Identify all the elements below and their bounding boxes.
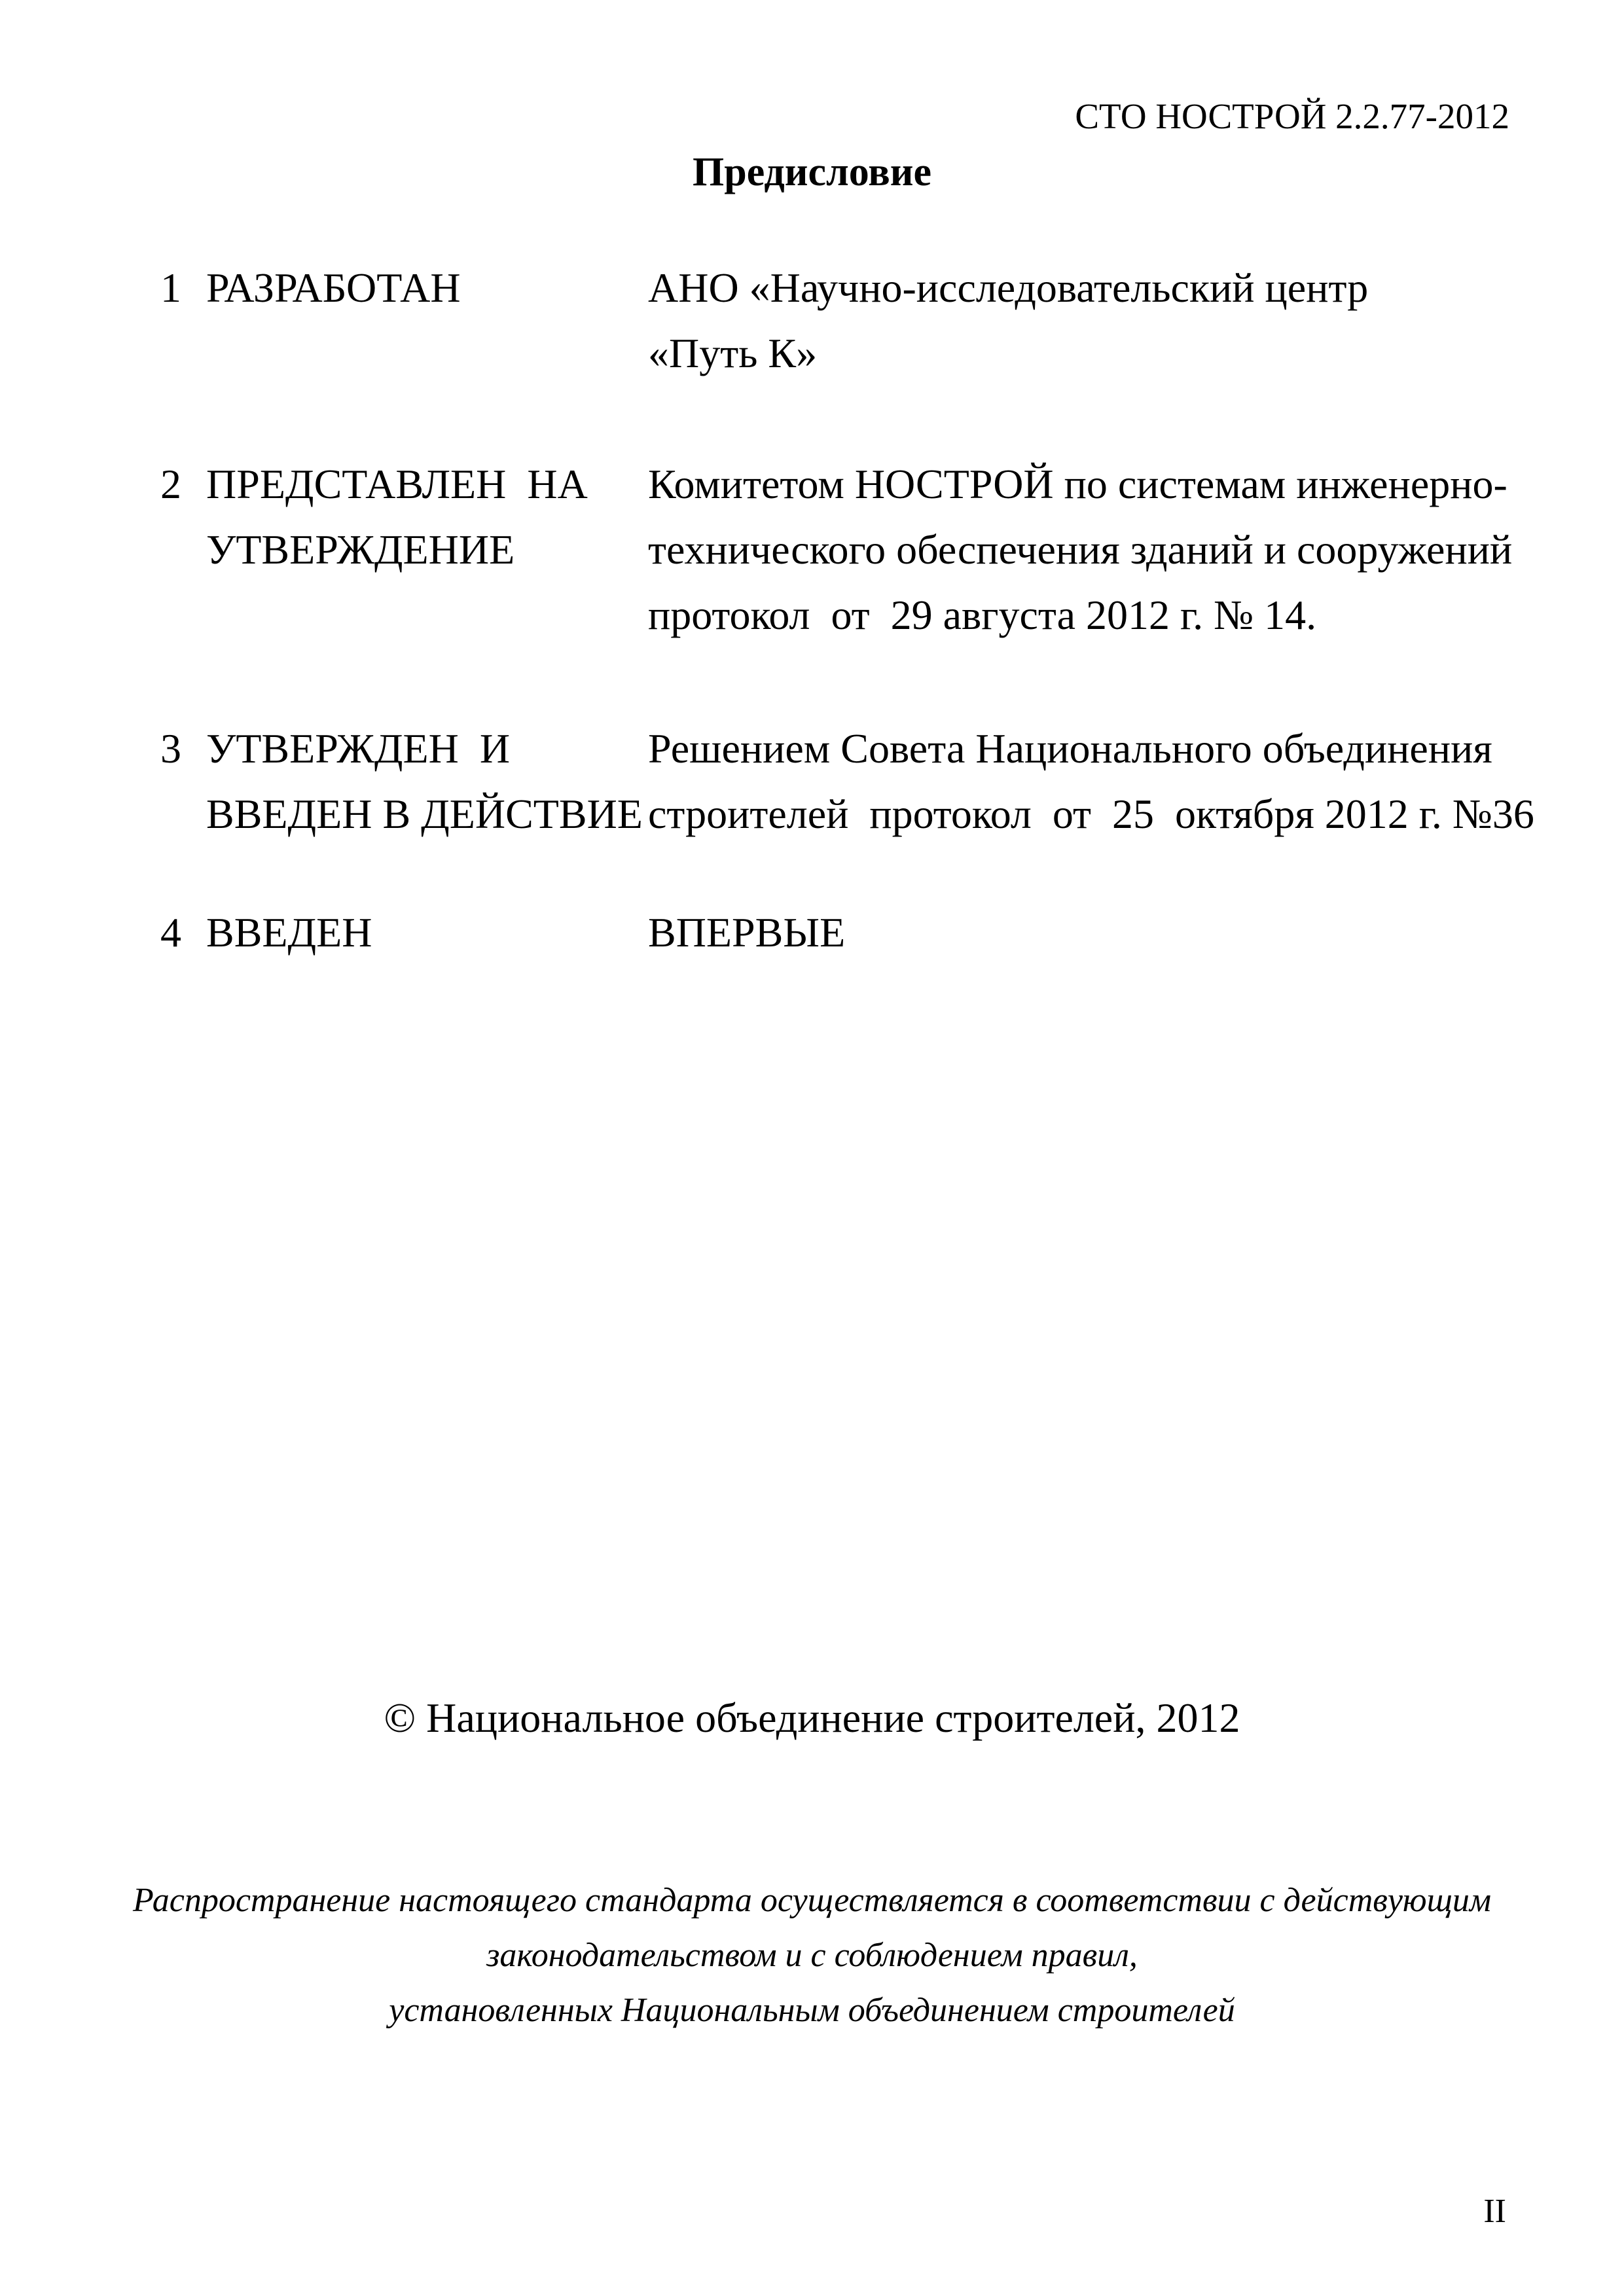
item-value: ВПЕРВЫЕ [648, 900, 845, 965]
item-value-line: АНО «Научно-исследовательский центр [648, 255, 1368, 321]
item-value-line: Комитетом НОСТРОЙ по системам инженерно- [648, 452, 1512, 517]
document-code: СТО НОСТРОЙ 2.2.77-2012 [1075, 97, 1509, 137]
document-page: СТО НОСТРОЙ 2.2.77-2012 Предисловие 1 РА… [0, 0, 1624, 2296]
item-value-line: «Путь К» [648, 321, 1368, 386]
item-value-line: Решением Совета Национального объединени… [648, 716, 1534, 781]
distribution-note-line: установленных Национальным объединением … [0, 1983, 1624, 2038]
item-value-line: технического обеспечения зданий и сооруж… [648, 517, 1512, 583]
item-label-line: РАЗРАБОТАН [206, 255, 461, 321]
item-label-line: УТВЕРЖДЕН И [206, 716, 643, 781]
page-number: II [1483, 2193, 1506, 2230]
item-value: Комитетом НОСТРОЙ по системам инженерно-… [648, 452, 1512, 648]
item-number: 3 [160, 716, 181, 781]
item-label-line: ПРЕДСТАВЛЕН НА [206, 452, 588, 517]
item-number: 2 [160, 452, 181, 517]
item-label: УТВЕРЖДЕН И ВВЕДЕН В ДЕЙСТВИЕ [206, 716, 643, 847]
item-value-line: ВПЕРВЫЕ [648, 900, 845, 965]
item-label-line: УТВЕРЖДЕНИЕ [206, 517, 588, 583]
item-value: Решением Совета Национального объединени… [648, 716, 1534, 847]
item-label: ВВЕДЕН [206, 900, 372, 965]
item-label-line: ВВЕДЕН [206, 900, 372, 965]
item-label: РАЗРАБОТАН [206, 255, 461, 321]
item-value-line: строителей протокол от 25 октября 2012 г… [648, 781, 1534, 847]
copyright-line: © Национальное объединение строителей, 2… [0, 1685, 1624, 1751]
item-number: 4 [160, 900, 181, 965]
page-title: Предисловие [0, 149, 1624, 196]
distribution-note-line: Распространение настоящего стандарта осу… [0, 1873, 1624, 1928]
item-value: АНО «Научно-исследовательский центр «Пут… [648, 255, 1368, 386]
item-value-line: протокол от 29 августа 2012 г. № 14. [648, 583, 1512, 648]
item-label-line: ВВЕДЕН В ДЕЙСТВИЕ [206, 781, 643, 847]
item-number: 1 [160, 255, 181, 321]
distribution-note: Распространение настоящего стандарта осу… [0, 1873, 1624, 2038]
distribution-note-line: законодательством и с соблюдением правил… [0, 1928, 1624, 1983]
item-label: ПРЕДСТАВЛЕН НА УТВЕРЖДЕНИЕ [206, 452, 588, 583]
